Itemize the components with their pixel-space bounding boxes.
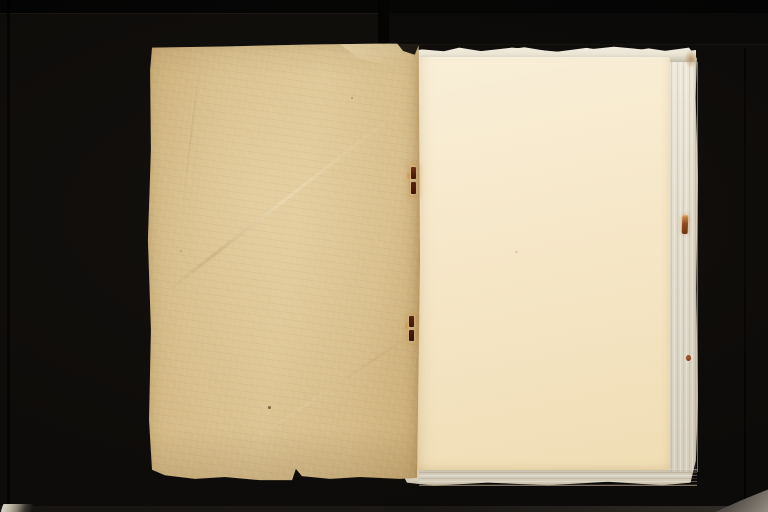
staple-leg — [411, 167, 416, 179]
backdrop-center-seam — [378, 0, 389, 47]
bottom-page-edges — [419, 469, 697, 486]
page-speck — [515, 251, 518, 253]
rust-halo-fleck — [407, 173, 410, 179]
rust-halo-fleck — [405, 323, 408, 329]
spine-staple-top — [410, 165, 418, 196]
backdrop-left-seam — [7, 0, 10, 512]
bottom-left-stray-object — [1, 504, 35, 512]
spine-staple-bottom — [408, 315, 416, 343]
photo-stage — [0, 0, 768, 512]
backdrop-right-seam — [744, 48, 746, 512]
bottom-edge-sheen — [0, 506, 768, 512]
cover-speck — [351, 97, 353, 99]
left-kraft-paper-cover — [146, 40, 420, 491]
foxing-stain-top-right-corner — [683, 50, 699, 72]
cover-speck — [180, 250, 182, 252]
staple-leg — [409, 316, 414, 327]
paper-fiber-texture — [146, 40, 420, 491]
staple-leg — [409, 330, 414, 341]
fore-edge-rusted-staple — [682, 215, 689, 234]
cover-speck — [268, 406, 271, 409]
right-fore-edge-pages — [668, 62, 698, 472]
fore-edge-rust-spot — [686, 355, 691, 361]
right-blank-cream-page — [417, 57, 670, 470]
staple-leg — [411, 182, 416, 194]
backdrop-right-upper-panel — [384, 13, 768, 44]
